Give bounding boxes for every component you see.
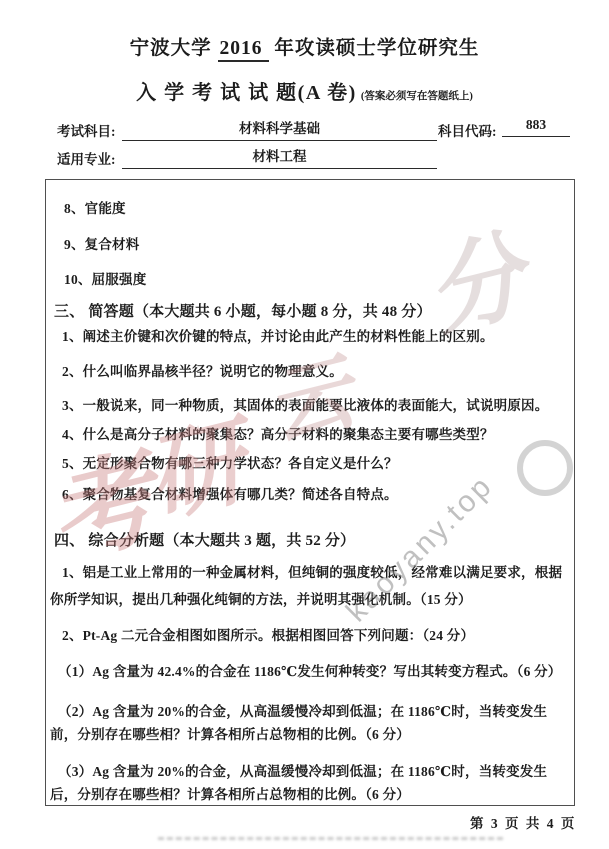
section3-question-3: 3、一般说来，同一种物质，其固体的表面能要比液体的表面能大，试说明原因。 <box>50 395 566 417</box>
section3-question-4: 4、什么是高分子材料的聚集态？高分子材料的聚集态主要有哪些类型？ <box>50 424 566 446</box>
section4-heading: 四、 综合分析题（本大题共 3 题，共 52 分） <box>50 530 566 552</box>
title-year-underlined: 2016 <box>218 38 269 62</box>
exam-paper-page: 宁波大学 2016 年攻读硕士学位研究生 入 学 考 试 试 题(A 卷) (答… <box>0 0 609 849</box>
page-title: 宁波大学 2016 年攻读硕士学位研究生 <box>0 32 609 60</box>
section3-heading: 三、 简答题（本大题共 6 小题，每小题 8 分，共 48 分） <box>50 301 566 323</box>
term-item-10: 10、屈服强度 <box>50 269 566 291</box>
exam-title-main: 入 学 考 试 试 题(A 卷) <box>136 82 357 104</box>
section3-question-6: 6、聚合物基复合材料增强体有哪几类？简述各自特点。 <box>50 484 566 506</box>
subject-value: 材料科学基础 <box>122 117 437 141</box>
page-footer: 第 3 页 共 4 页 <box>470 812 576 832</box>
term-item-9: 9、复合材料 <box>50 234 566 256</box>
section3-question-2: 2、什么叫临界晶核半径？说明它的物理意义。 <box>50 361 566 383</box>
exam-title-line2: 入 学 考 试 试 题(A 卷) (答案必须写在答题纸上) <box>0 76 609 105</box>
section4-subquestion-2: （2）Ag 含量为 20%的合金，从高温缓慢冷却到低温；在 1186℃时，当转变… <box>50 700 566 746</box>
section4-question-1: 1、铝是工业上常用的一种金属材料，但纯铜的强度较低，经常难以满足要求，根据你所学… <box>50 559 566 613</box>
title-suffix: 年攻读硕士学位研究生 <box>269 38 480 59</box>
section3-question-1: 1、阐述主价键和次价键的特点，并讨论由此产生的材料性能上的区别。 <box>50 326 566 348</box>
title-prefix: 宁波大学 <box>130 38 218 59</box>
answer-note: (答案必须写在答题纸上) <box>361 91 473 102</box>
section4-question-2: 2、Pt-Ag 二元合金相图如图所示。根据相图回答下列问题：（24 分） <box>50 625 566 647</box>
cutoff-text-line <box>158 837 503 840</box>
subject-label: 考试科目: <box>57 120 116 140</box>
code-value: 883 <box>502 117 570 137</box>
major-value: 材料工程 <box>122 145 437 169</box>
term-item-8: 8、官能度 <box>50 198 566 220</box>
section4-subquestion-3: （3）Ag 含量为 20%的合金，从高温缓慢冷却到低温；在 1186℃时，当转变… <box>50 760 566 806</box>
major-label: 适用专业: <box>57 148 116 168</box>
code-label: 科目代码: <box>438 120 497 140</box>
section3-question-5: 5、无定形聚合物有哪三种力学状态？各自定义是什么？ <box>50 453 566 475</box>
section4-subquestion-1: （1）Ag 含量为 42.4%的合金在 1186℃发生何种转变？写出其转变方程式… <box>50 661 566 683</box>
